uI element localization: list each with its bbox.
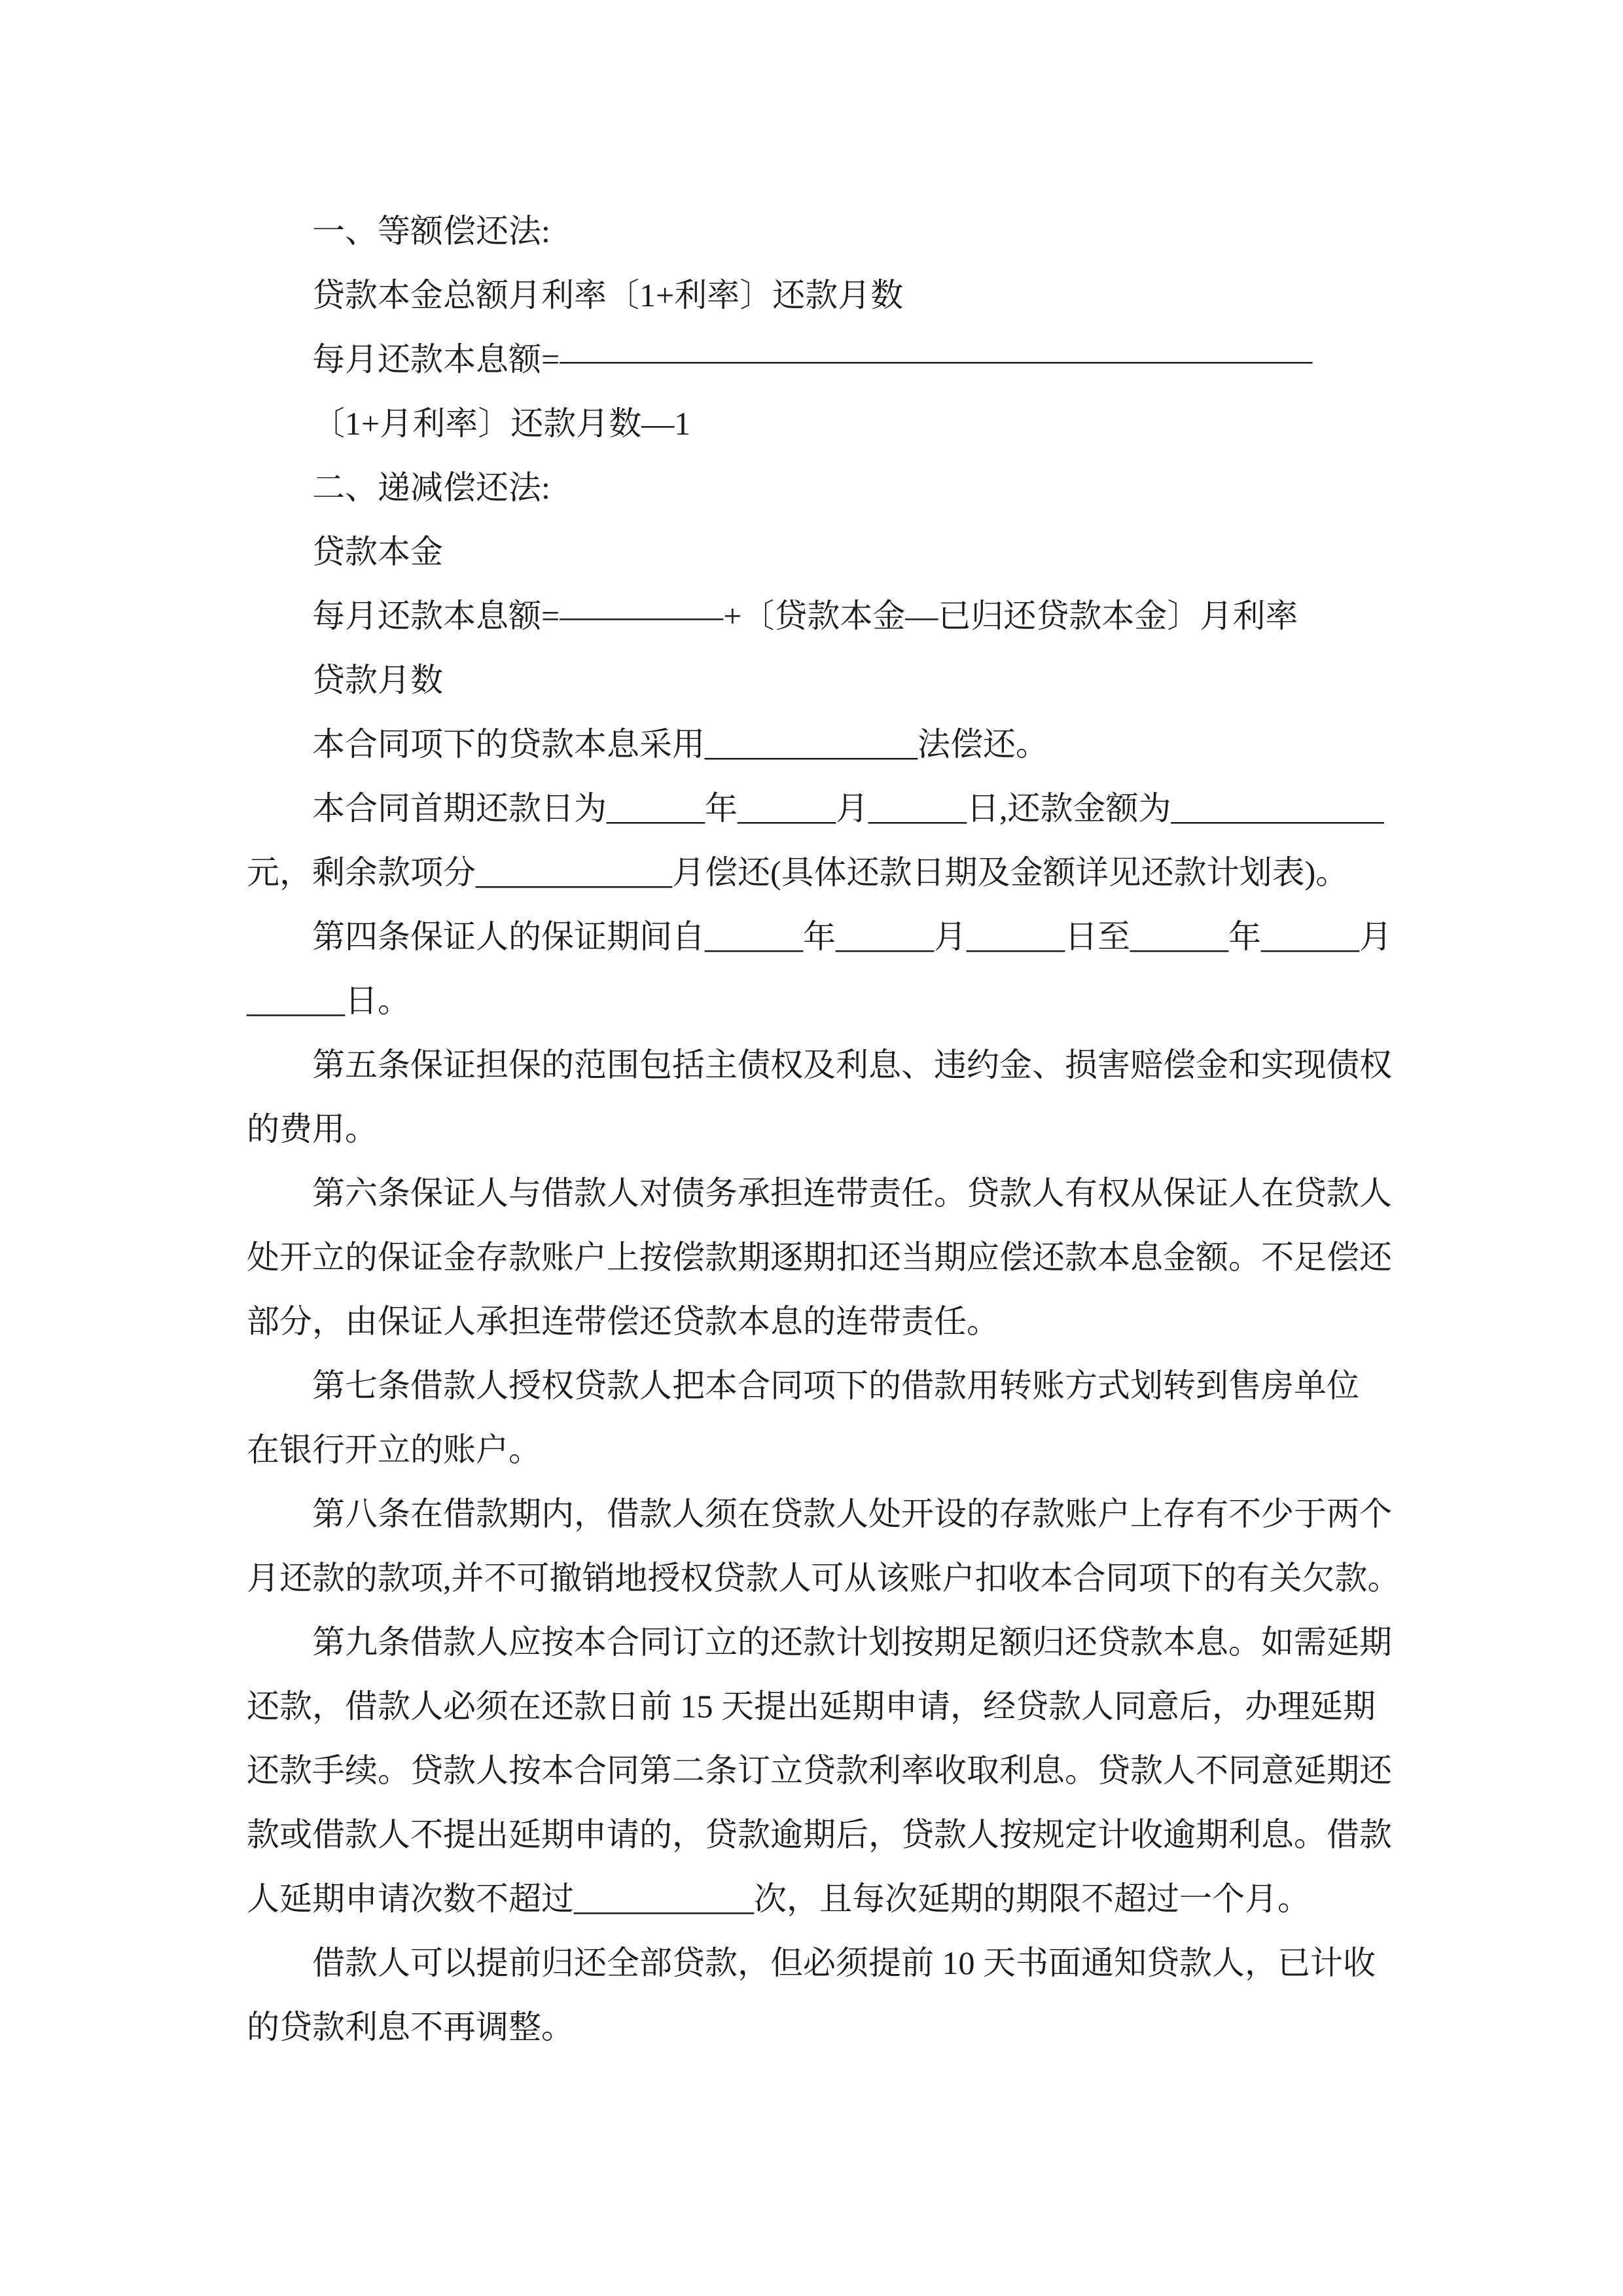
text-line: 月还款的款项,并不可撤销地授权贷款人可从该账户扣收本合同项下的有关欠款。 (247, 1546, 1399, 1610)
text-line: 贷款月数 (247, 648, 1399, 712)
text-line: ______日。 (247, 969, 1399, 1033)
text-line: 贷款本金 (247, 520, 1399, 584)
text-line: 二、递减偿还法: (247, 456, 1399, 520)
text-line: 款或借款人不提出延期申请的，贷款逾期后，贷款人按规定计收逾期利息。借款 (247, 1803, 1399, 1867)
text-line: 本合同项下的贷款本息采用_____________法偿还。 (247, 712, 1399, 776)
text-line: 还款，借款人必须在还款日前 15 天提出延期申请，经贷款人同意后，办理延期 (247, 1674, 1399, 1738)
text-line: 第六条保证人与借款人对债务承担连带责任。贷款人有权从保证人在贷款人 (247, 1161, 1399, 1225)
text-line: 的费用。 (247, 1097, 1399, 1161)
text-line: 第四条保证人的保证期间自______年______月______日至______… (247, 905, 1399, 969)
text-line: 第八条在借款期内，借款人须在贷款人处开设的存款账户上存有不少于两个 (247, 1482, 1399, 1546)
text-line: 第七条借款人授权贷款人把本合同项下的借款用转账方式划转到售房单位 (247, 1354, 1399, 1418)
text-line: 部分，由保证人承担连带偿还贷款本息的连带责任。 (247, 1289, 1399, 1354)
text-line: 贷款本金总额月利率〔1+利率〕还款月数 (247, 263, 1399, 327)
text-line: 每月还款本息额=—————+〔贷款本金—已归还贷款本金〕月利率 (247, 584, 1399, 648)
text-line: 在银行开立的账户。 (247, 1418, 1399, 1482)
text-line: 一、等额偿还法: (247, 199, 1399, 263)
text-line: 〔1+月利率〕还款月数—1 (247, 391, 1399, 456)
text-line: 第九条借款人应按本合同订立的还款计划按期足额归还贷款本息。如需延期 (247, 1610, 1399, 1674)
text-line: 元，剩余款项分____________月偿还(具体还款日期及金额详见还款计划表)… (247, 840, 1399, 905)
contract-page: 一、等额偿还法: 贷款本金总额月利率〔1+利率〕还款月数 每月还款本息额=———… (0, 0, 1623, 2296)
text-line: 借款人可以提前归还全部贷款，但必须提前 10 天书面通知贷款人，已计收 (247, 1931, 1399, 1995)
text-line: 每月还款本息额=——————————————————————— (247, 327, 1399, 391)
text-line: 第五条保证担保的范围包括主债权及利息、违约金、损害赔偿金和实现债权 (247, 1033, 1399, 1097)
text-line: 的贷款利息不再调整。 (247, 1995, 1399, 2059)
text-line: 本合同首期还款日为______年______月______日,还款金额为____… (247, 776, 1399, 840)
contract-body: 一、等额偿还法: 贷款本金总额月利率〔1+利率〕还款月数 每月还款本息额=———… (247, 199, 1399, 2059)
text-line: 处开立的保证金存款账户上按偿款期逐期扣还当期应偿还款本息金额。不足偿还 (247, 1225, 1399, 1289)
text-line: 人延期申请次数不超过___________次，且每次延期的期限不超过一个月。 (247, 1867, 1399, 1931)
text-line: 还款手续。贷款人按本合同第二条订立贷款利率收取利息。贷款人不同意延期还 (247, 1738, 1399, 1803)
